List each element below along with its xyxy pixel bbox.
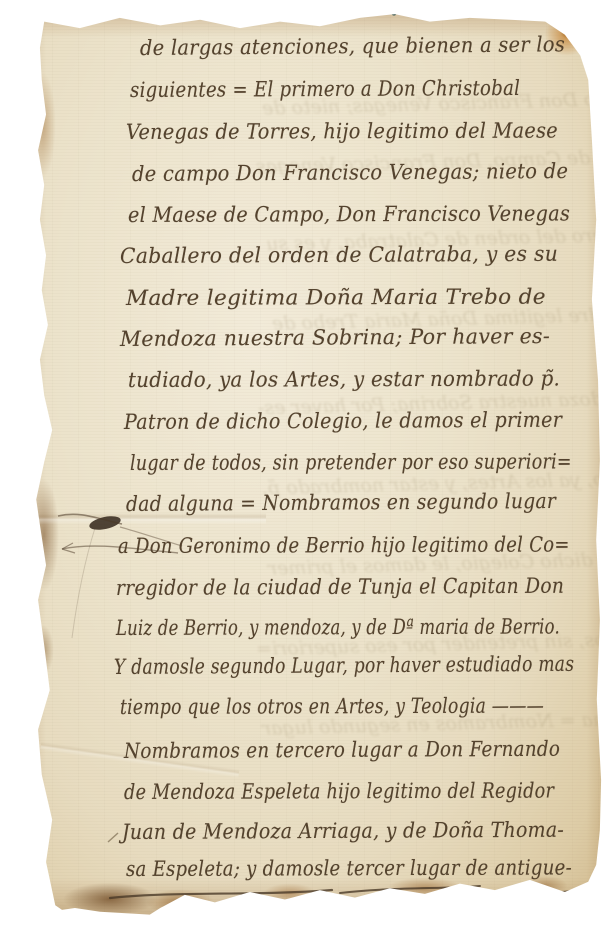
- screenshot-root: de campo Don Francisco Venegas; nieto de…: [0, 0, 614, 939]
- flourish-underline: [0, 0, 614, 939]
- manuscript-page: de campo Don Francisco Venegas; nieto de…: [0, 0, 614, 939]
